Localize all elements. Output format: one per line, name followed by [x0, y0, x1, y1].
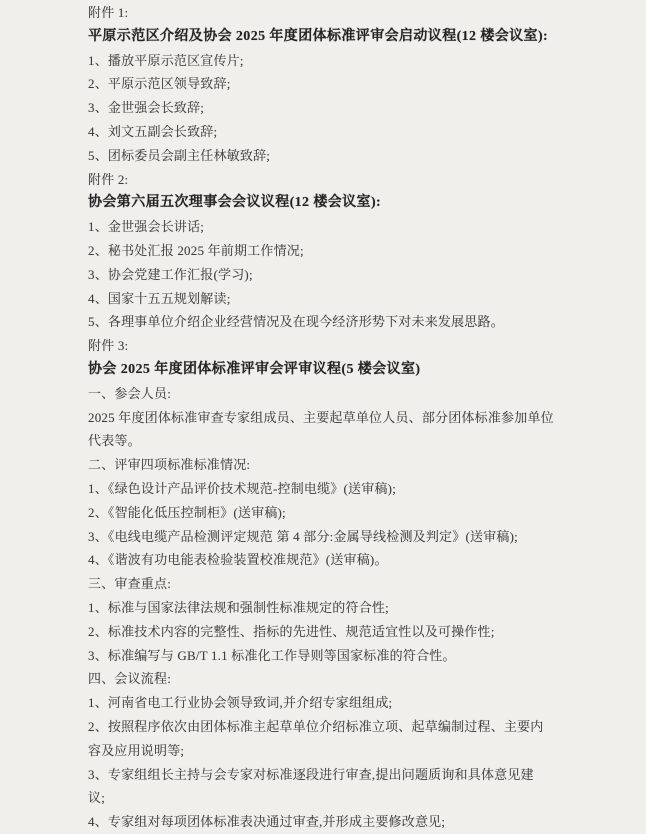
- agenda-line: 议;: [88, 786, 626, 810]
- agenda-line: 2、标准技术内容的完整性、指标的先进性、规范适宜性以及可操作性;: [88, 620, 626, 644]
- attachment-2-label: 附件 2:: [88, 168, 626, 192]
- attachment-section-2: 附件 2: 协会第六届五次理事会会议议程(12 楼会议室): 1、金世强会长讲话…: [88, 168, 626, 335]
- agenda-line: 1、金世强会长讲话;: [88, 215, 626, 239]
- agenda-line: 1、河南省电工行业协会领导致词,并介绍专家组组成;: [88, 691, 626, 715]
- agenda-line: 一、参会人员:: [88, 382, 626, 406]
- attachment-1-label: 附件 1:: [88, 1, 626, 25]
- attachment-3-label: 附件 3:: [88, 334, 626, 358]
- agenda-line: 5、各理事单位介绍企业经营情况及在现今经济形势下对未来发展思路。: [88, 310, 626, 334]
- agenda-line: 3、金世强会长致辞;: [88, 96, 626, 120]
- attachment-section-3: 附件 3: 协会 2025 年度团体标准评审会评审议程(5 楼会议室) 一、参会…: [88, 334, 626, 834]
- agenda-line: 2、《智能化低压控制柜》(送审稿);: [88, 501, 626, 525]
- attachment-3-title: 协会 2025 年度团体标准评审会评审议程(5 楼会议室): [88, 358, 626, 382]
- agenda-line: 5、团标委员会副主任林敏致辞;: [88, 144, 626, 168]
- agenda-line: 3、标准编写与 GB/T 1.1 标准化工作导则等国家标准的符合性。: [88, 644, 626, 668]
- agenda-line: 1、播放平原示范区宣传片;: [88, 49, 626, 73]
- agenda-line: 三、审查重点:: [88, 572, 626, 596]
- agenda-line: 1、标准与国家法律法规和强制性标准规定的符合性;: [88, 596, 626, 620]
- agenda-line: 3、《电线电缆产品检测评定规范 第 4 部分:金属导线检测及判定》(送审稿);: [88, 525, 626, 549]
- agenda-line: 2、按照程序依次由团体标准主起草单位介绍标准立项、起草编制过程、主要内: [88, 715, 626, 739]
- agenda-line: 2、秘书处汇报 2025 年前期工作情况;: [88, 239, 626, 263]
- document-page: 附件 1: 平原示范区介绍及协会 2025 年度团体标准评审会启动议程(12 楼…: [0, 0, 646, 834]
- agenda-line: 4、国家十五五规划解读;: [88, 287, 626, 311]
- agenda-line: 4、专家组对每项团体标准表决通过审查,并形成主要修改意见;: [88, 810, 626, 834]
- agenda-line: 容及应用说明等;: [88, 739, 626, 763]
- agenda-line: 3、协会党建工作汇报(学习);: [88, 263, 626, 287]
- attachment-2-title: 协会第六届五次理事会会议议程(12 楼会议室):: [88, 191, 626, 215]
- agenda-line: 2025 年度团体标准审查专家组成员、主要起草单位人员、部分团体标准参加单位: [88, 406, 626, 430]
- attachment-section-1: 附件 1: 平原示范区介绍及协会 2025 年度团体标准评审会启动议程(12 楼…: [88, 1, 626, 168]
- agenda-line: 1、《绿色设计产品评价技术规范-控制电缆》(送审稿);: [88, 477, 626, 501]
- agenda-line: 4、《谐波有功电能表检验装置校准规范》(送审稿)。: [88, 548, 626, 572]
- attachment-1-title: 平原示范区介绍及协会 2025 年度团体标准评审会启动议程(12 楼会议室):: [88, 25, 626, 49]
- agenda-line: 4、刘文五副会长致辞;: [88, 120, 626, 144]
- agenda-line: 代表等。: [88, 429, 626, 453]
- agenda-line: 3、专家组组长主持与会专家对标准逐段进行审查,提出问题质询和具体意见建: [88, 763, 626, 787]
- agenda-line: 二、评审四项标准标准情况:: [88, 453, 626, 477]
- agenda-line: 2、平原示范区领导致辞;: [88, 72, 626, 96]
- agenda-line: 四、会议流程:: [88, 667, 626, 691]
